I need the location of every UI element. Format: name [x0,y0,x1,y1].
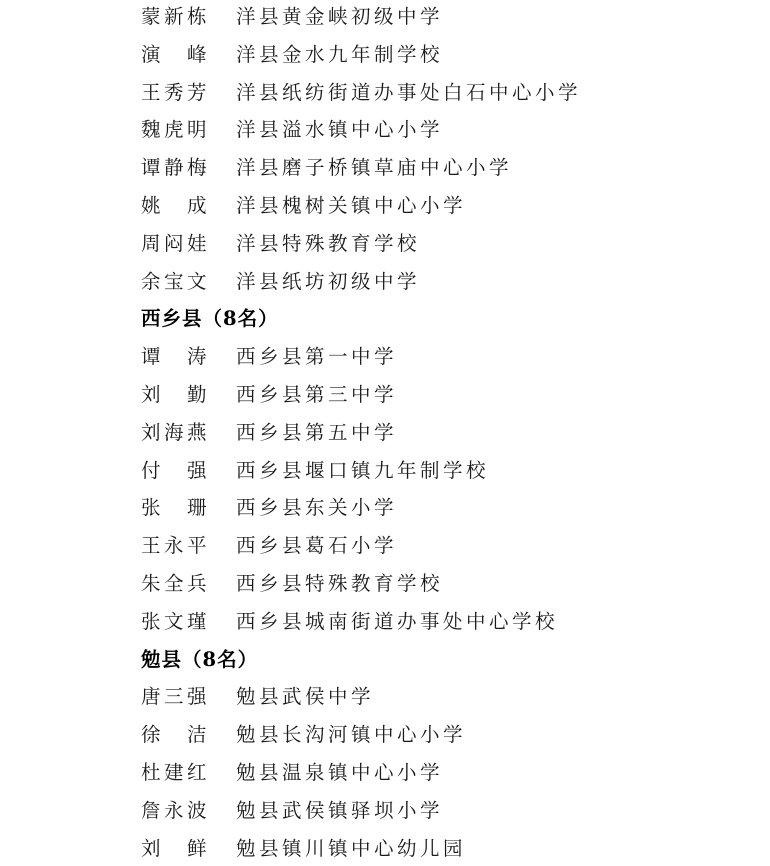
list-item: 姚 成洋县槐树关镇中心小学 [141,187,741,225]
school-name: 洋县特殊教育学校 [236,225,420,263]
list-item: 唐三强勉县武侯中学 [141,678,741,716]
section-xixiang-county: 西乡县（8名） 谭 涛西乡县第一中学 刘 勤西乡县第三中学 刘海燕西乡县第五中学… [141,300,741,640]
list-item: 刘 鲜勉县镇川镇中心幼儿园 [141,830,741,866]
list-item: 张 珊西乡县东关小学 [141,489,741,527]
list-item: 徐 洁勉县长沟河镇中心小学 [141,716,741,754]
list-item: 詹永波勉县武侯镇驿坝小学 [141,792,741,830]
section-heading: 西乡县（8名） [141,300,741,338]
school-name: 西乡县堰口镇九年制学校 [236,452,489,490]
person-name: 王秀芳 [141,74,236,112]
person-name: 谭静梅 [141,149,236,187]
person-name: 徐 洁 [141,716,236,754]
school-name: 勉县武侯中学 [236,678,374,716]
school-name: 勉县长沟河镇中心小学 [236,716,466,754]
school-name: 洋县溢水镇中心小学 [236,111,443,149]
person-name: 蒙新栋 [141,0,236,36]
school-name: 洋县纸纺街道办事处白石中心小学 [236,74,581,112]
person-name: 张 珊 [141,489,236,527]
school-name: 西乡县第三中学 [236,376,397,414]
person-name: 谭 涛 [141,338,236,376]
school-name: 西乡县第五中学 [236,414,397,452]
person-name: 演 峰 [141,36,236,74]
list-item: 魏虎明洋县溢水镇中心小学 [141,111,741,149]
school-name: 西乡县第一中学 [236,338,397,376]
school-name: 勉县武侯镇驿坝小学 [236,792,443,830]
list-item: 谭静梅洋县磨子桥镇草庙中心小学 [141,149,741,187]
list-item: 付 强西乡县堰口镇九年制学校 [141,452,741,490]
person-name: 姚 成 [141,187,236,225]
list-item: 刘海燕西乡县第五中学 [141,414,741,452]
person-name: 余宝文 [141,263,236,301]
list-item: 刘 勤西乡县第三中学 [141,376,741,414]
school-name: 西乡县葛石小学 [236,527,397,565]
list-item: 王永平西乡县葛石小学 [141,527,741,565]
person-name: 刘 鲜 [141,830,236,866]
school-name: 洋县槐树关镇中心小学 [236,187,466,225]
person-name: 刘 勤 [141,376,236,414]
section-heading: 勉县（8名） [141,641,741,679]
school-name: 西乡县东关小学 [236,489,397,527]
list-item: 王秀芳洋县纸纺街道办事处白石中心小学 [141,74,741,112]
section-mian-county: 勉县（8名） 唐三强勉县武侯中学 徐 洁勉县长沟河镇中心小学 杜建红勉县温泉镇中… [141,641,741,866]
list-item: 演 峰洋县金水九年制学校 [141,36,741,74]
list-item: 张文瑾西乡县城南街道办事处中心学校 [141,603,741,641]
person-name: 唐三强 [141,678,236,716]
school-name: 西乡县特殊教育学校 [236,565,443,603]
school-name: 洋县黄金峡初级中学 [236,0,443,36]
school-name: 洋县纸坊初级中学 [236,263,420,301]
school-name: 勉县温泉镇中心小学 [236,754,443,792]
section-yang-county: 蒙新栋洋县黄金峡初级中学 演 峰洋县金水九年制学校 王秀芳洋县纸纺街道办事处白石… [141,0,741,300]
document-body: 蒙新栋洋县黄金峡初级中学 演 峰洋县金水九年制学校 王秀芳洋县纸纺街道办事处白石… [141,0,741,866]
person-name: 杜建红 [141,754,236,792]
school-name: 勉县镇川镇中心幼儿园 [236,830,466,866]
person-name: 周闷娃 [141,225,236,263]
list-item: 谭 涛西乡县第一中学 [141,338,741,376]
person-name: 刘海燕 [141,414,236,452]
person-name: 朱全兵 [141,565,236,603]
list-item: 周闷娃洋县特殊教育学校 [141,225,741,263]
person-name: 张文瑾 [141,603,236,641]
person-name: 魏虎明 [141,111,236,149]
person-name: 王永平 [141,527,236,565]
school-name: 洋县磨子桥镇草庙中心小学 [236,149,512,187]
person-name: 詹永波 [141,792,236,830]
person-name: 付 强 [141,452,236,490]
list-item: 朱全兵西乡县特殊教育学校 [141,565,741,603]
list-item: 蒙新栋洋县黄金峡初级中学 [141,0,741,36]
school-name: 西乡县城南街道办事处中心学校 [236,603,558,641]
list-item: 杜建红勉县温泉镇中心小学 [141,754,741,792]
list-item: 余宝文洋县纸坊初级中学 [141,263,741,301]
school-name: 洋县金水九年制学校 [236,36,443,74]
